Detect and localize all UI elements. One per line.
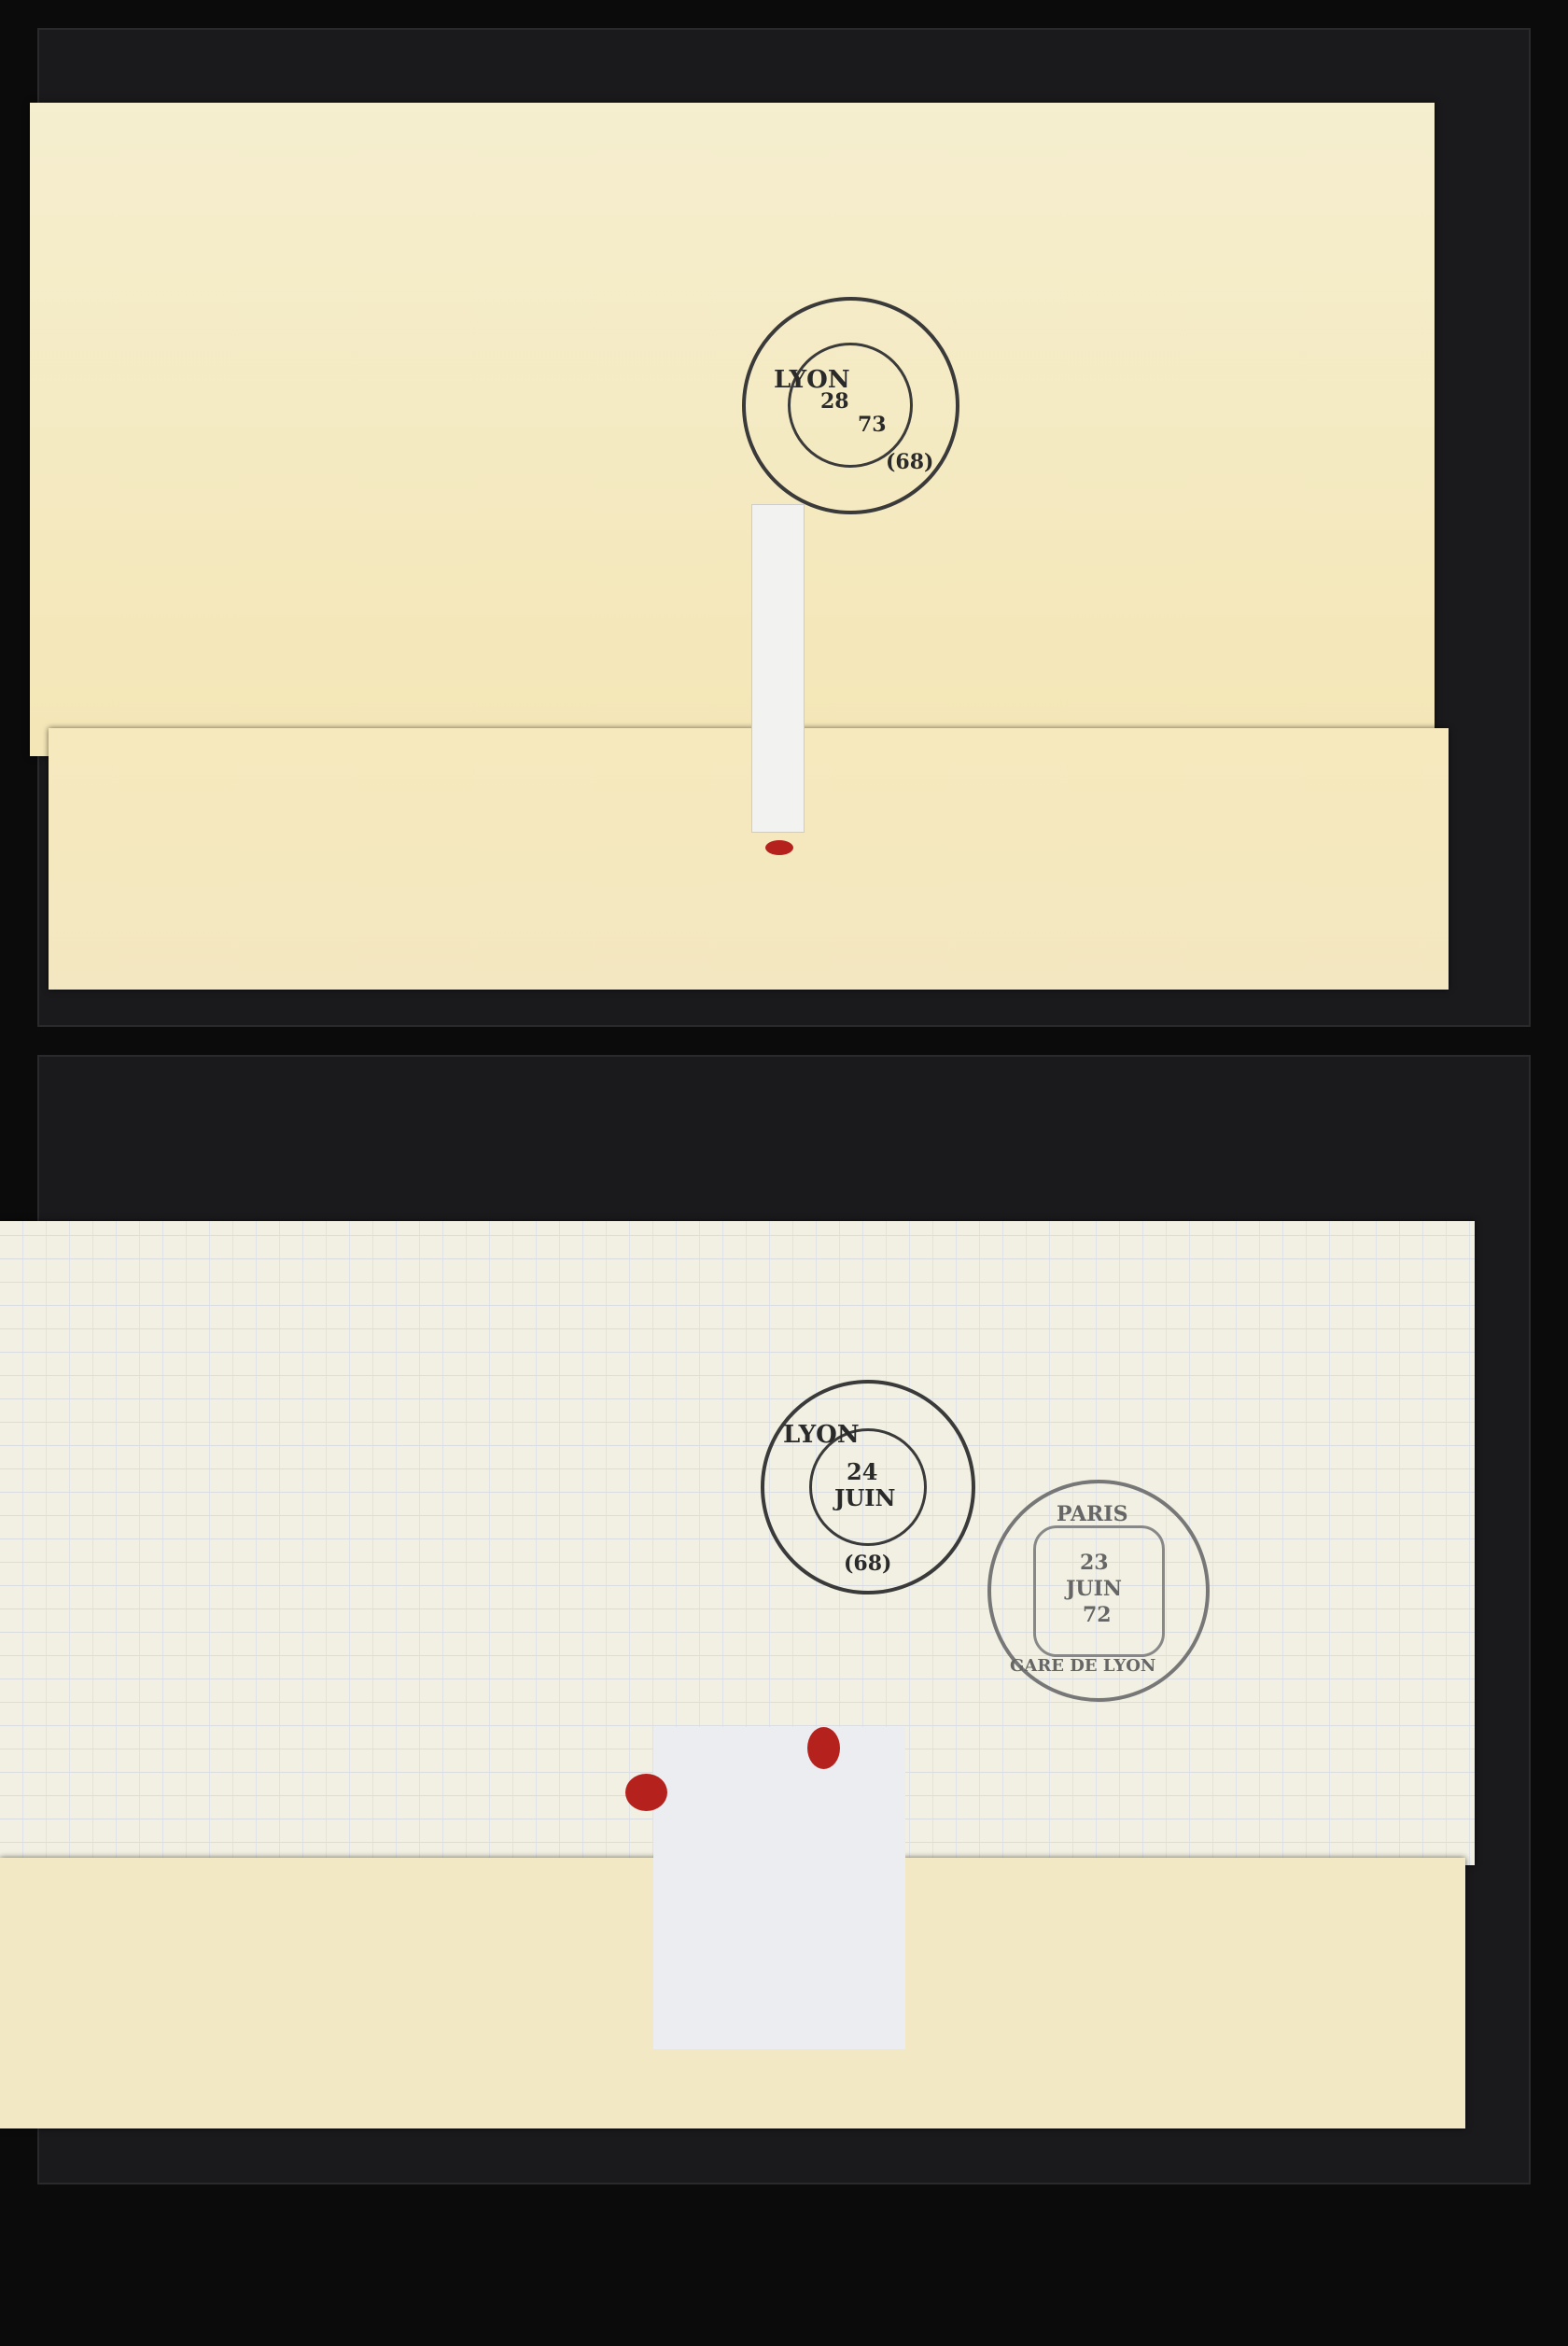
postmark-paris-gare-de-lyon: PARIS 23 JUIN 72 GARE DE LYON [987,1480,1210,1702]
wax-seal-icon [765,840,793,855]
postmark-lyon-bottom: LYON 24 JUIN (68) [761,1380,975,1594]
paper-tab-top [751,504,805,833]
envelope-top-back [30,103,1435,756]
wax-seal-icon [625,1774,667,1811]
paper-tab-bottom [653,1727,905,2049]
envelope-top-flap [49,728,1449,990]
postmark-lyon-top: LYON 28 73 (68) [742,297,959,514]
wax-seal-icon [807,1727,840,1769]
